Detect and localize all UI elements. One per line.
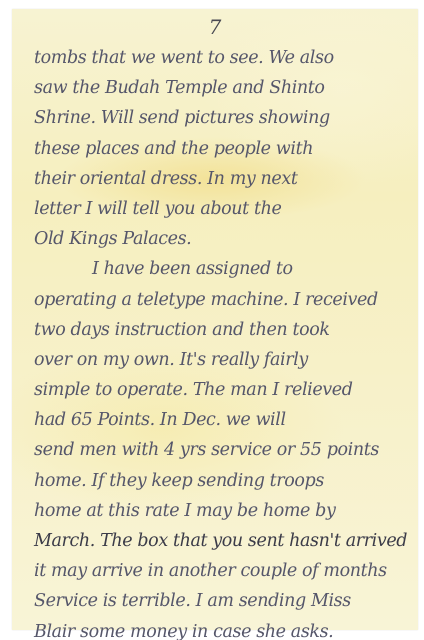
page-number: 7 [12,15,418,39]
text-line: March. The box that you sent hasn't arri… [34,526,404,556]
text-line: letter I will tell you about the [34,194,404,224]
text-line: Service is terrible. I am sending Miss [34,586,404,616]
text-line: it may arrive in another couple of month… [34,556,404,586]
text-line: had 65 Points. In Dec. we will [34,405,404,435]
text-line: home. If they keep sending troops [34,466,404,496]
text-line: home at this rate I may be home by [34,496,404,526]
text-line: their oriental dress. In my next [34,164,404,194]
text-line: simple to operate. The man I relieved [34,375,404,405]
text-line: over on my own. It's really fairly [34,345,404,375]
text-line-paragraph-start: I have been assigned to [34,254,404,284]
text-line: tombs that we went to see. We also [34,43,404,73]
letter-page: 7 tombs that we went to see. We also saw… [12,9,418,630]
handwritten-text-body: tombs that we went to see. We also saw t… [34,43,404,640]
text-line: operating a teletype machine. I received [34,285,404,315]
text-line: Old Kings Palaces. [34,224,404,254]
text-line: these places and the people with [34,134,404,164]
text-line: saw the Budah Temple and Shinto [34,73,404,103]
text-line: two days instruction and then took [34,315,404,345]
text-line: Blair some money in case she asks. [34,617,404,640]
text-line: send men with 4 yrs service or 55 points [34,435,404,465]
text-line: Shrine. Will send pictures showing [34,103,404,133]
